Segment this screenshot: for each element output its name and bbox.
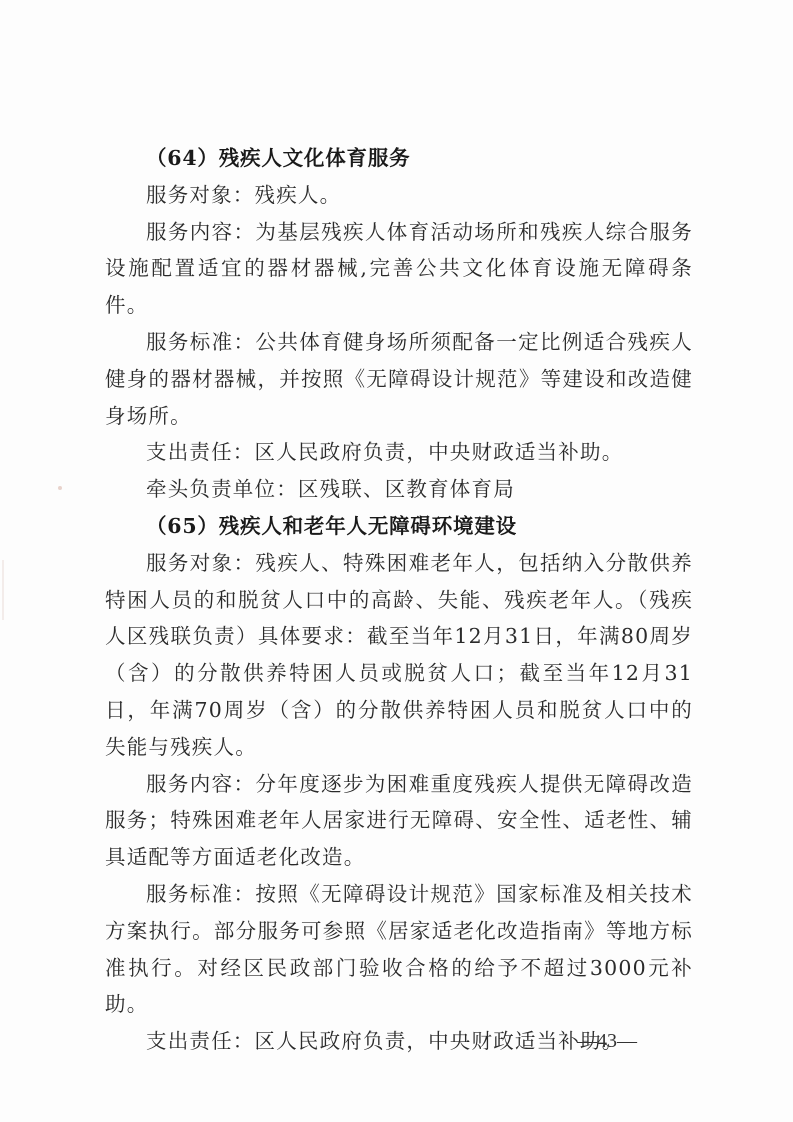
- document-page: （64）残疾人文化体育服务 服务对象：残疾人。 服务内容：为基层残疾人体育活动场…: [0, 0, 793, 1122]
- service-standard-65: 服务标准：按照《无障碍设计规范》国家标准及相关技术方案执行。部分服务可参照《居家…: [105, 876, 693, 1023]
- paper-edge-mark: [2, 560, 4, 620]
- service-target-64: 服务对象：残疾人。: [105, 177, 693, 214]
- section-heading-64: （64）残疾人文化体育服务: [105, 140, 693, 177]
- paper-mark: [58, 486, 62, 490]
- lead-unit-64: 牵头负责单位：区残联、区教育体育局: [105, 471, 693, 508]
- service-content-64: 服务内容：为基层残疾人体育活动场所和残疾人综合服务设施配置适宜的器材器械,完善公…: [105, 214, 693, 324]
- section-heading-65: （65）残疾人和老年人无障碍环境建设: [105, 508, 693, 545]
- service-target-65: 服务对象：残疾人、特殊困难老年人，包括纳入分散供养特困人员的和脱贫人口中的高龄、…: [105, 545, 693, 766]
- document-body: （64）残疾人文化体育服务 服务对象：残疾人。 服务内容：为基层残疾人体育活动场…: [105, 140, 693, 1060]
- expenditure-responsibility-64: 支出责任：区人民政府负责，中央财政适当补助。: [105, 434, 693, 471]
- service-content-65: 服务内容：分年度逐步为困难重度残疾人提供无障碍改造服务；特殊困难老年人居家进行无…: [105, 766, 693, 876]
- service-standard-64: 服务标准：公共体育健身场所须配备一定比例适合残疾人健身的器材器械，并按照《无障碍…: [105, 324, 693, 434]
- page-number: —43—: [577, 1030, 637, 1053]
